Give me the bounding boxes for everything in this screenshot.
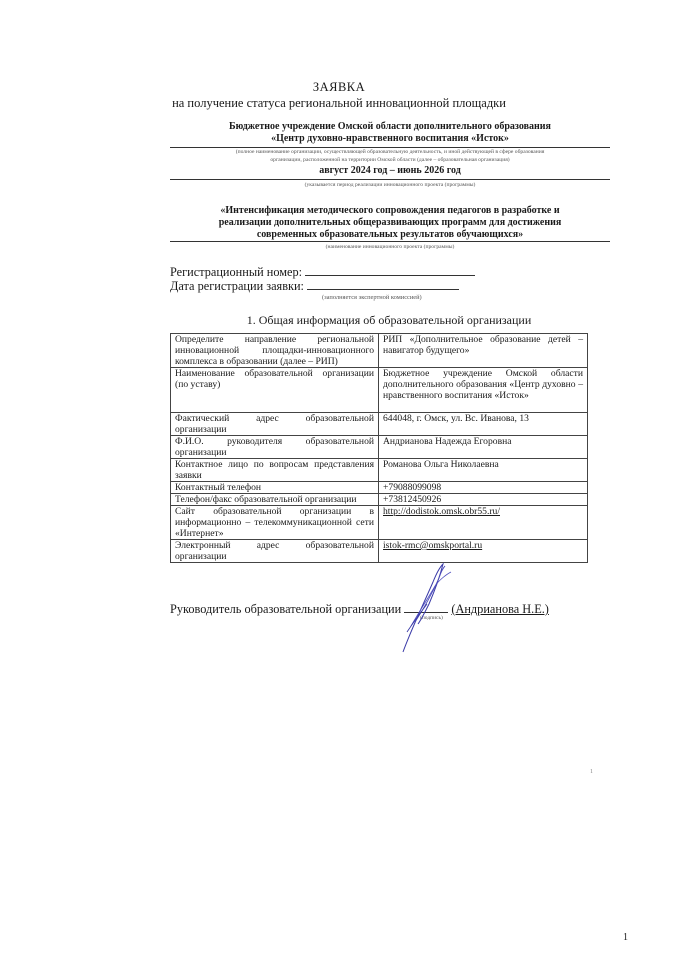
handwritten-signature-icon [385, 560, 455, 660]
registration-number-label: Регистрационный номер: [170, 265, 302, 279]
signature-line: Руководитель образовательной организации… [170, 601, 549, 617]
table-row: Контактный телефон +79088099098 [171, 482, 588, 494]
registration-date-field [307, 278, 459, 290]
project-title: «Интенсификация методического сопровожде… [165, 205, 615, 241]
document-title: ЗАЯВКА [0, 80, 678, 95]
table-cell-key: Ф.И.О. руководителя образовательной орга… [171, 436, 379, 459]
table-row: Наименование образовательной организации… [171, 368, 588, 413]
organization-line-2: «Центр духовно-нравственного воспитания … [170, 133, 610, 145]
table-cell-value: Романова Ольга Николаевна [379, 459, 588, 482]
registration-note: (заполняется экспертной комиссией) [322, 294, 422, 302]
table-cell-value: http://dodistok.omsk.obr55.ru/ [379, 506, 588, 540]
table-cell-key: Наименование образовательной организации… [171, 368, 379, 413]
table-row: Фактический адрес образовательной органи… [171, 413, 588, 436]
faint-page-mark: 1 [590, 769, 593, 775]
table-cell-key: Электронный адрес образовательной органи… [171, 540, 379, 563]
table-cell-value: +79088099098 [379, 482, 588, 494]
table-cell-value: Андрианова Надежда Егоровна [379, 436, 588, 459]
document-subtitle: на получение статуса региональной иннова… [0, 96, 678, 111]
table-row: Определите направление региональной инно… [171, 334, 588, 368]
table-cell-key: Сайт образовательной организации в инфор… [171, 506, 379, 540]
organization-name: Бюджетное учреждение Омской области допо… [170, 121, 610, 145]
organization-note-line-1: (полное наименование организации, осущес… [165, 148, 615, 156]
organization-info-table: Определите направление региональной инно… [170, 333, 588, 563]
page-number: 1 [623, 932, 628, 943]
table-cell-key: Контактный телефон [171, 482, 379, 494]
organization-line-1: Бюджетное учреждение Омской области допо… [170, 121, 610, 133]
section-title: 1. Общая информация об образовательной о… [0, 313, 678, 328]
divider [170, 179, 610, 180]
table-cell-value: РИП «Дополнительное образование детей – … [379, 334, 588, 368]
signature-label: Руководитель образовательной организации [170, 602, 401, 616]
registration-number-row: Регистрационный номер: [170, 264, 475, 279]
table-cell-key: Фактический адрес образовательной органи… [171, 413, 379, 436]
table-cell-key: Контактное лицо по вопросам представлени… [171, 459, 379, 482]
table-row: Контактное лицо по вопросам представлени… [171, 459, 588, 482]
project-note: (наименование инновационного проекта (пр… [170, 243, 610, 251]
table-row: Сайт образовательной организации в инфор… [171, 506, 588, 540]
signatory-name: (Андрианова Н.Е.) [451, 602, 549, 616]
divider [170, 241, 610, 242]
email-link[interactable]: istok-rmc@omskportal.ru [383, 540, 482, 551]
organization-note-line-2: организации, расположенной на территории… [165, 156, 615, 164]
project-line-3: современных образовательных результатов … [165, 229, 615, 241]
organization-note: (полное наименование организации, осущес… [165, 148, 615, 164]
table-cell-key: Телефон/факс образовательной организации [171, 494, 379, 506]
table-row: Электронный адрес образовательной органи… [171, 540, 588, 563]
project-line-1: «Интенсификация методического сопровожде… [165, 205, 615, 217]
table-row: Телефон/факс образовательной организации… [171, 494, 588, 506]
project-line-2: реализации дополнительных общеразвивающи… [165, 217, 615, 229]
table-cell-value: 644048, г. Омск, ул. Вс. Иванова, 13 [379, 413, 588, 436]
registration-number-field [305, 264, 475, 276]
period-note: (указывается период реализации инновацио… [170, 181, 610, 189]
registration-date-label: Дата регистрации заявки: [170, 279, 304, 293]
registration-date-row: Дата регистрации заявки: [170, 278, 459, 293]
table-cell-value: Бюджетное учреждение Омской области допо… [379, 368, 588, 413]
table-cell-value: +73812450926 [379, 494, 588, 506]
project-period: август 2024 год – июнь 2026 год [170, 165, 610, 176]
table-row: Ф.И.О. руководителя образовательной орга… [171, 436, 588, 459]
table-cell-key: Определите направление региональной инно… [171, 334, 379, 368]
website-link[interactable]: http://dodistok.omsk.obr55.ru/ [383, 506, 500, 517]
